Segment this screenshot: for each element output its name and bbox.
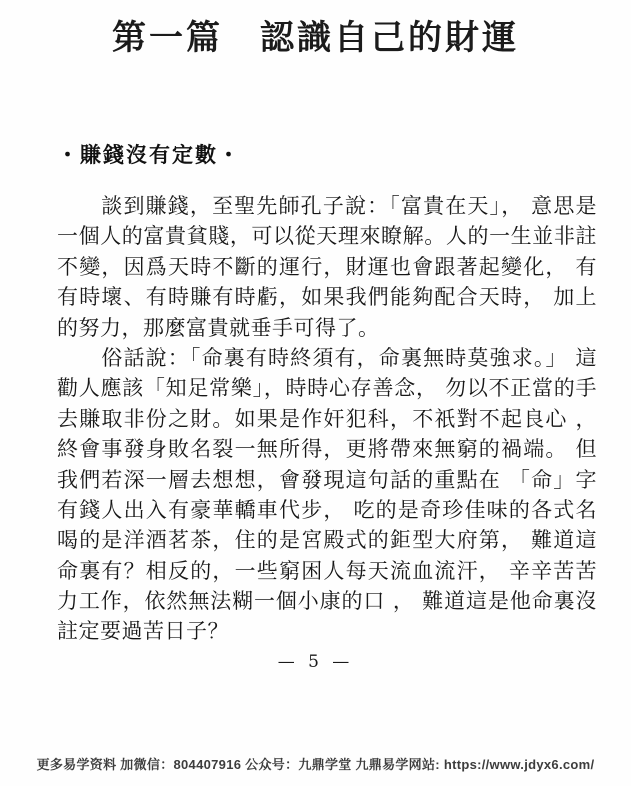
footer-watermark: 更多易学资料 加微信：804407916 公众号：九鼎学堂 九鼎易学网站: ht… <box>0 754 631 773</box>
text-line: 力工作，依然無法糊一個小康的口 ， 難道這是他命裏沒有， <box>57 586 597 616</box>
text-line: 一個人的富貴貧賤，可以從天理來瞭解。人的一生並非註定 <box>57 221 597 251</box>
page-number: — 5 — <box>0 652 631 672</box>
book-page: 第一篇 認識自己的財運 ・賺錢沒有定數・ 談到賺錢，至聖先師孔子說：「富貴在天」… <box>0 0 631 786</box>
text-line: 不變，因爲天時不斷的運行，財運也會跟著起變化， 有時好 <box>57 252 597 282</box>
text-line: 俗話說：「命裏有時終須有，命裏無時莫強求。」 這是 <box>57 343 597 373</box>
text-line: 勸人應該「知足常樂」，時時心存善念， 勿以不正當的手段 <box>57 373 597 403</box>
text-line: 的努力，那麼富貴就垂手可得了。 <box>57 313 597 343</box>
text-line: 去賺取非份之財。如果是作奸犯科，不祇對不起良心 ，而且 <box>57 404 597 434</box>
text-line: 命裏有？相反的，一些窮困人每天流血流汗， 辛辛苦苦的勞 <box>57 556 597 586</box>
text-line: 談到賺錢，至聖先師孔子說：「富貴在天」， 意思是說 <box>57 191 597 221</box>
section-heading: ・賺錢沒有定數・ <box>57 139 241 169</box>
text-line: 喝的是洋酒茗茶，住的是宮殿式的鉅型大府第， 難道這是他 <box>57 525 597 555</box>
text-line: 終會事發身敗名裂一無所得，更將帶來無窮的禍端。 但是， <box>57 434 597 464</box>
text-line: 有錢人出入有豪華轎車代步， 吃的是奇珍佳味的各式名餐， <box>57 495 597 525</box>
text-line: 註定要過苦日子？ <box>57 616 597 646</box>
text-line: 我們若深一層去想想，會發現這句話的重點在 「命」字上。 <box>57 465 597 495</box>
text-line: 有時壞、有時賺有時虧，如果我們能夠配合天時， 加上自己 <box>57 282 597 312</box>
body-text: 談到賺錢，至聖先師孔子說：「富貴在天」， 意思是說 一個人的富貴貧賤，可以從天理… <box>57 191 597 647</box>
page-title: 第一篇 認識自己的財運 <box>0 10 631 59</box>
